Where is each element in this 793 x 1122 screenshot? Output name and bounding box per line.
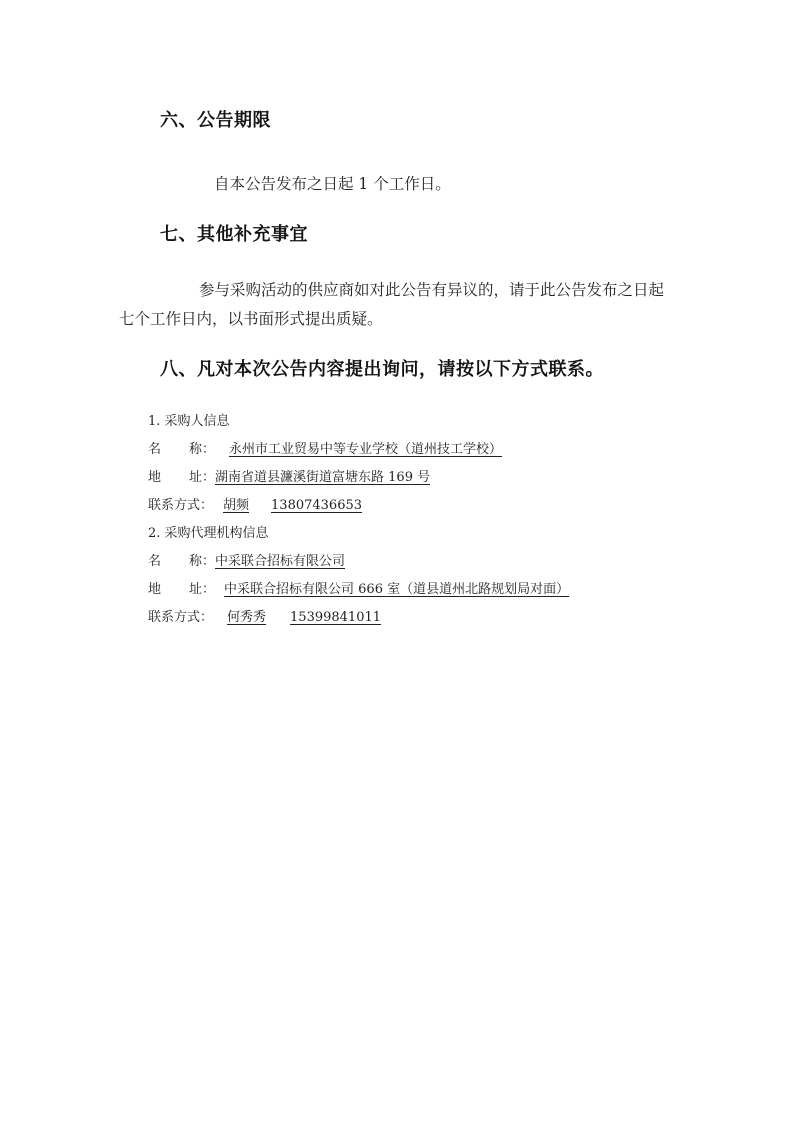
purchaser-address-label-b: 址： [189,466,215,485]
agency-contact-row: 联系方式：何秀秀15399841011 [148,606,395,625]
agency-address-row: 地址：中采联合招标有限公司 666 室（道县道州北路规划局对面） [148,578,577,597]
purchaser-name-text: 永州市工业贸易中等专业学校（道州技工学校） [229,442,502,457]
purchaser-name-row: 名称：永州市工业贸易中等专业学校（道州技工学校） [148,438,516,457]
agency-contact-value: 何秀秀15399841011 [213,610,395,625]
purchaser-contact-phone: 13807436653 [271,498,362,513]
purchaser-contact-value: 胡频13807436653 [213,498,380,513]
purchaser-address-row: 地址：湖南省道县濂溪街道富塘东路 169 号 [148,466,434,485]
purchaser-name-label-a: 名 [148,438,189,457]
section-7-body-line2: 七个工作日内，以书面形式提出质疑。 [119,307,383,329]
agency-address-label-b: 址： [189,578,215,597]
agency-contact-person: 何秀秀 [227,610,266,625]
purchaser-contact-person: 胡频 [223,498,249,513]
agency-address-value: 中采联合招标有限公司 666 室（道县道州北路规划局对面） [215,582,577,597]
agency-contact-label: 联系方式： [148,606,213,625]
document-page: 六、公告期限 自本公告发布之日起 1 个工作日。 七、其他补充事宜 参与采购活动… [0,0,793,1122]
purchaser-address-text: 湖南省道县濂溪街道富塘东路 169 号 [215,470,430,485]
agency-name-row: 名称：中采联合招标有限公司 [148,550,345,569]
agency-title: 2. 采购代理机构信息 [148,522,269,541]
agency-address-text: 中采联合招标有限公司 666 室（道县道州北路规划局对面） [224,582,569,597]
agency-name-value: 中采联合招标有限公司 [215,554,345,569]
purchaser-contact-label: 联系方式： [148,494,213,513]
purchaser-contact-row: 联系方式：胡频13807436653 [148,494,380,513]
section-7-heading: 七、其他补充事宜 [160,220,308,246]
agency-name-label-b: 称： [189,550,215,569]
section-6-body: 自本公告发布之日起 1 个工作日。 [214,172,451,194]
section-7-body-line1: 参与采购活动的供应商如对此公告有异议的，请于此公告发布之日起 [199,278,664,300]
purchaser-name-label-b: 称： [189,438,215,457]
agency-name-label-a: 名 [148,550,189,569]
agency-address-label-a: 地 [148,578,189,597]
section-6-heading: 六、公告期限 [160,106,271,132]
purchaser-title: 1. 采购人信息 [148,410,230,429]
purchaser-address-value: 湖南省道县濂溪街道富塘东路 169 号 [215,470,434,485]
section-8-heading: 八、凡对本次公告内容提出询问，请按以下方式联系。 [160,355,604,381]
purchaser-address-label-a: 地 [148,466,189,485]
purchaser-name-value: 永州市工业贸易中等专业学校（道州技工学校） [215,442,516,457]
agency-contact-phone: 15399841011 [290,610,381,625]
